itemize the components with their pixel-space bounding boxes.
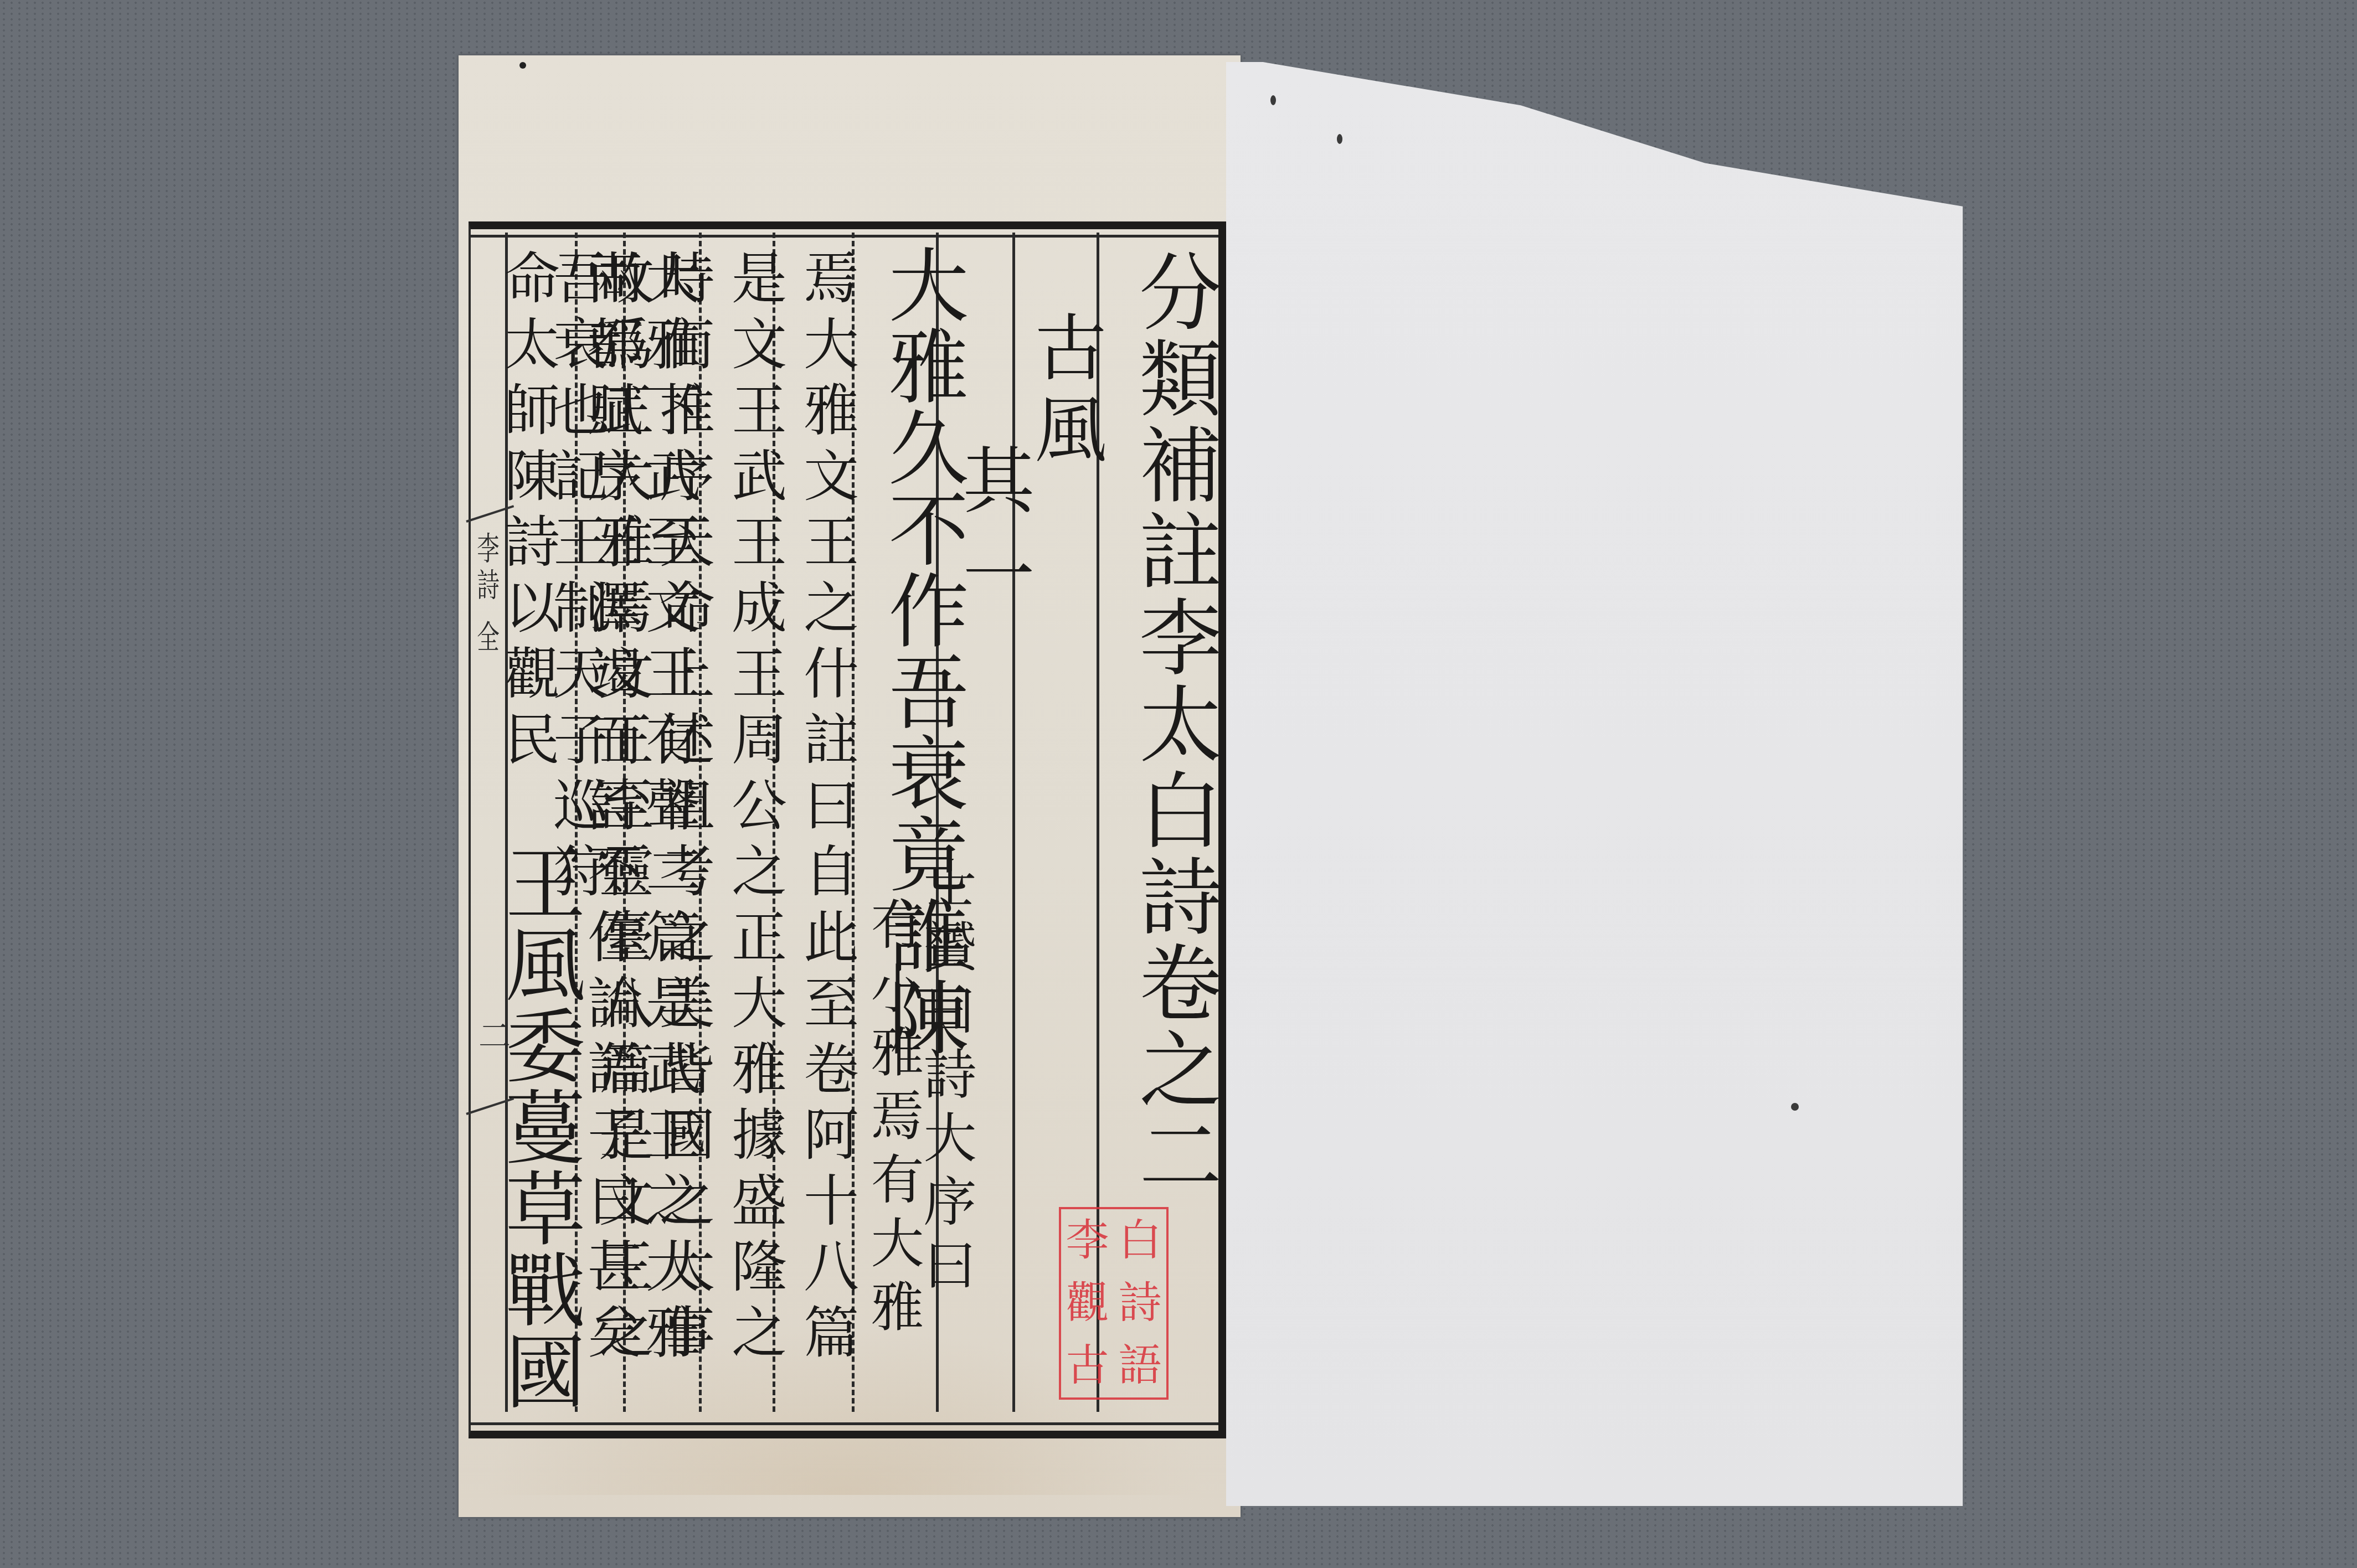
commentary-col-2-right: 焉大雅文王之什註曰自此至卷阿十八篇	[786, 249, 866, 1369]
pinhole-mark	[519, 62, 526, 69]
right-blank-page	[1226, 62, 1963, 1506]
seal-glyph: 古	[1061, 1344, 1114, 1388]
collector-seal: 李 白 觀 詩 古 語	[1059, 1207, 1169, 1400]
block-center-title: 李詩	[470, 532, 503, 605]
ink-spot	[1270, 95, 1276, 105]
commentary-col-2-left: 是文王武王成王周公之正大雅據盛隆之	[714, 249, 794, 1369]
volume-title: 分類補註李太白詩卷之二	[1113, 249, 1233, 1199]
block-center-page-number: 二	[469, 1019, 515, 1051]
poem-line-2: 王風委蔓草戰國	[481, 842, 596, 1411]
commentary-col-5-left: 命太師陳詩以觀民	[487, 249, 567, 776]
ink-spot	[1791, 1103, 1799, 1111]
seal-glyph: 語	[1114, 1344, 1166, 1388]
ink-spot	[1337, 134, 1342, 144]
commentary-col-1-left: 有小雅焉有大雅	[856, 897, 932, 1343]
seal-glyph: 白	[1114, 1219, 1166, 1262]
seal-glyph: 觀	[1061, 1282, 1114, 1325]
seal-glyph: 李	[1061, 1219, 1114, 1262]
block-center-suffix: 全	[470, 620, 503, 657]
seal-glyph: 詩	[1114, 1282, 1166, 1325]
